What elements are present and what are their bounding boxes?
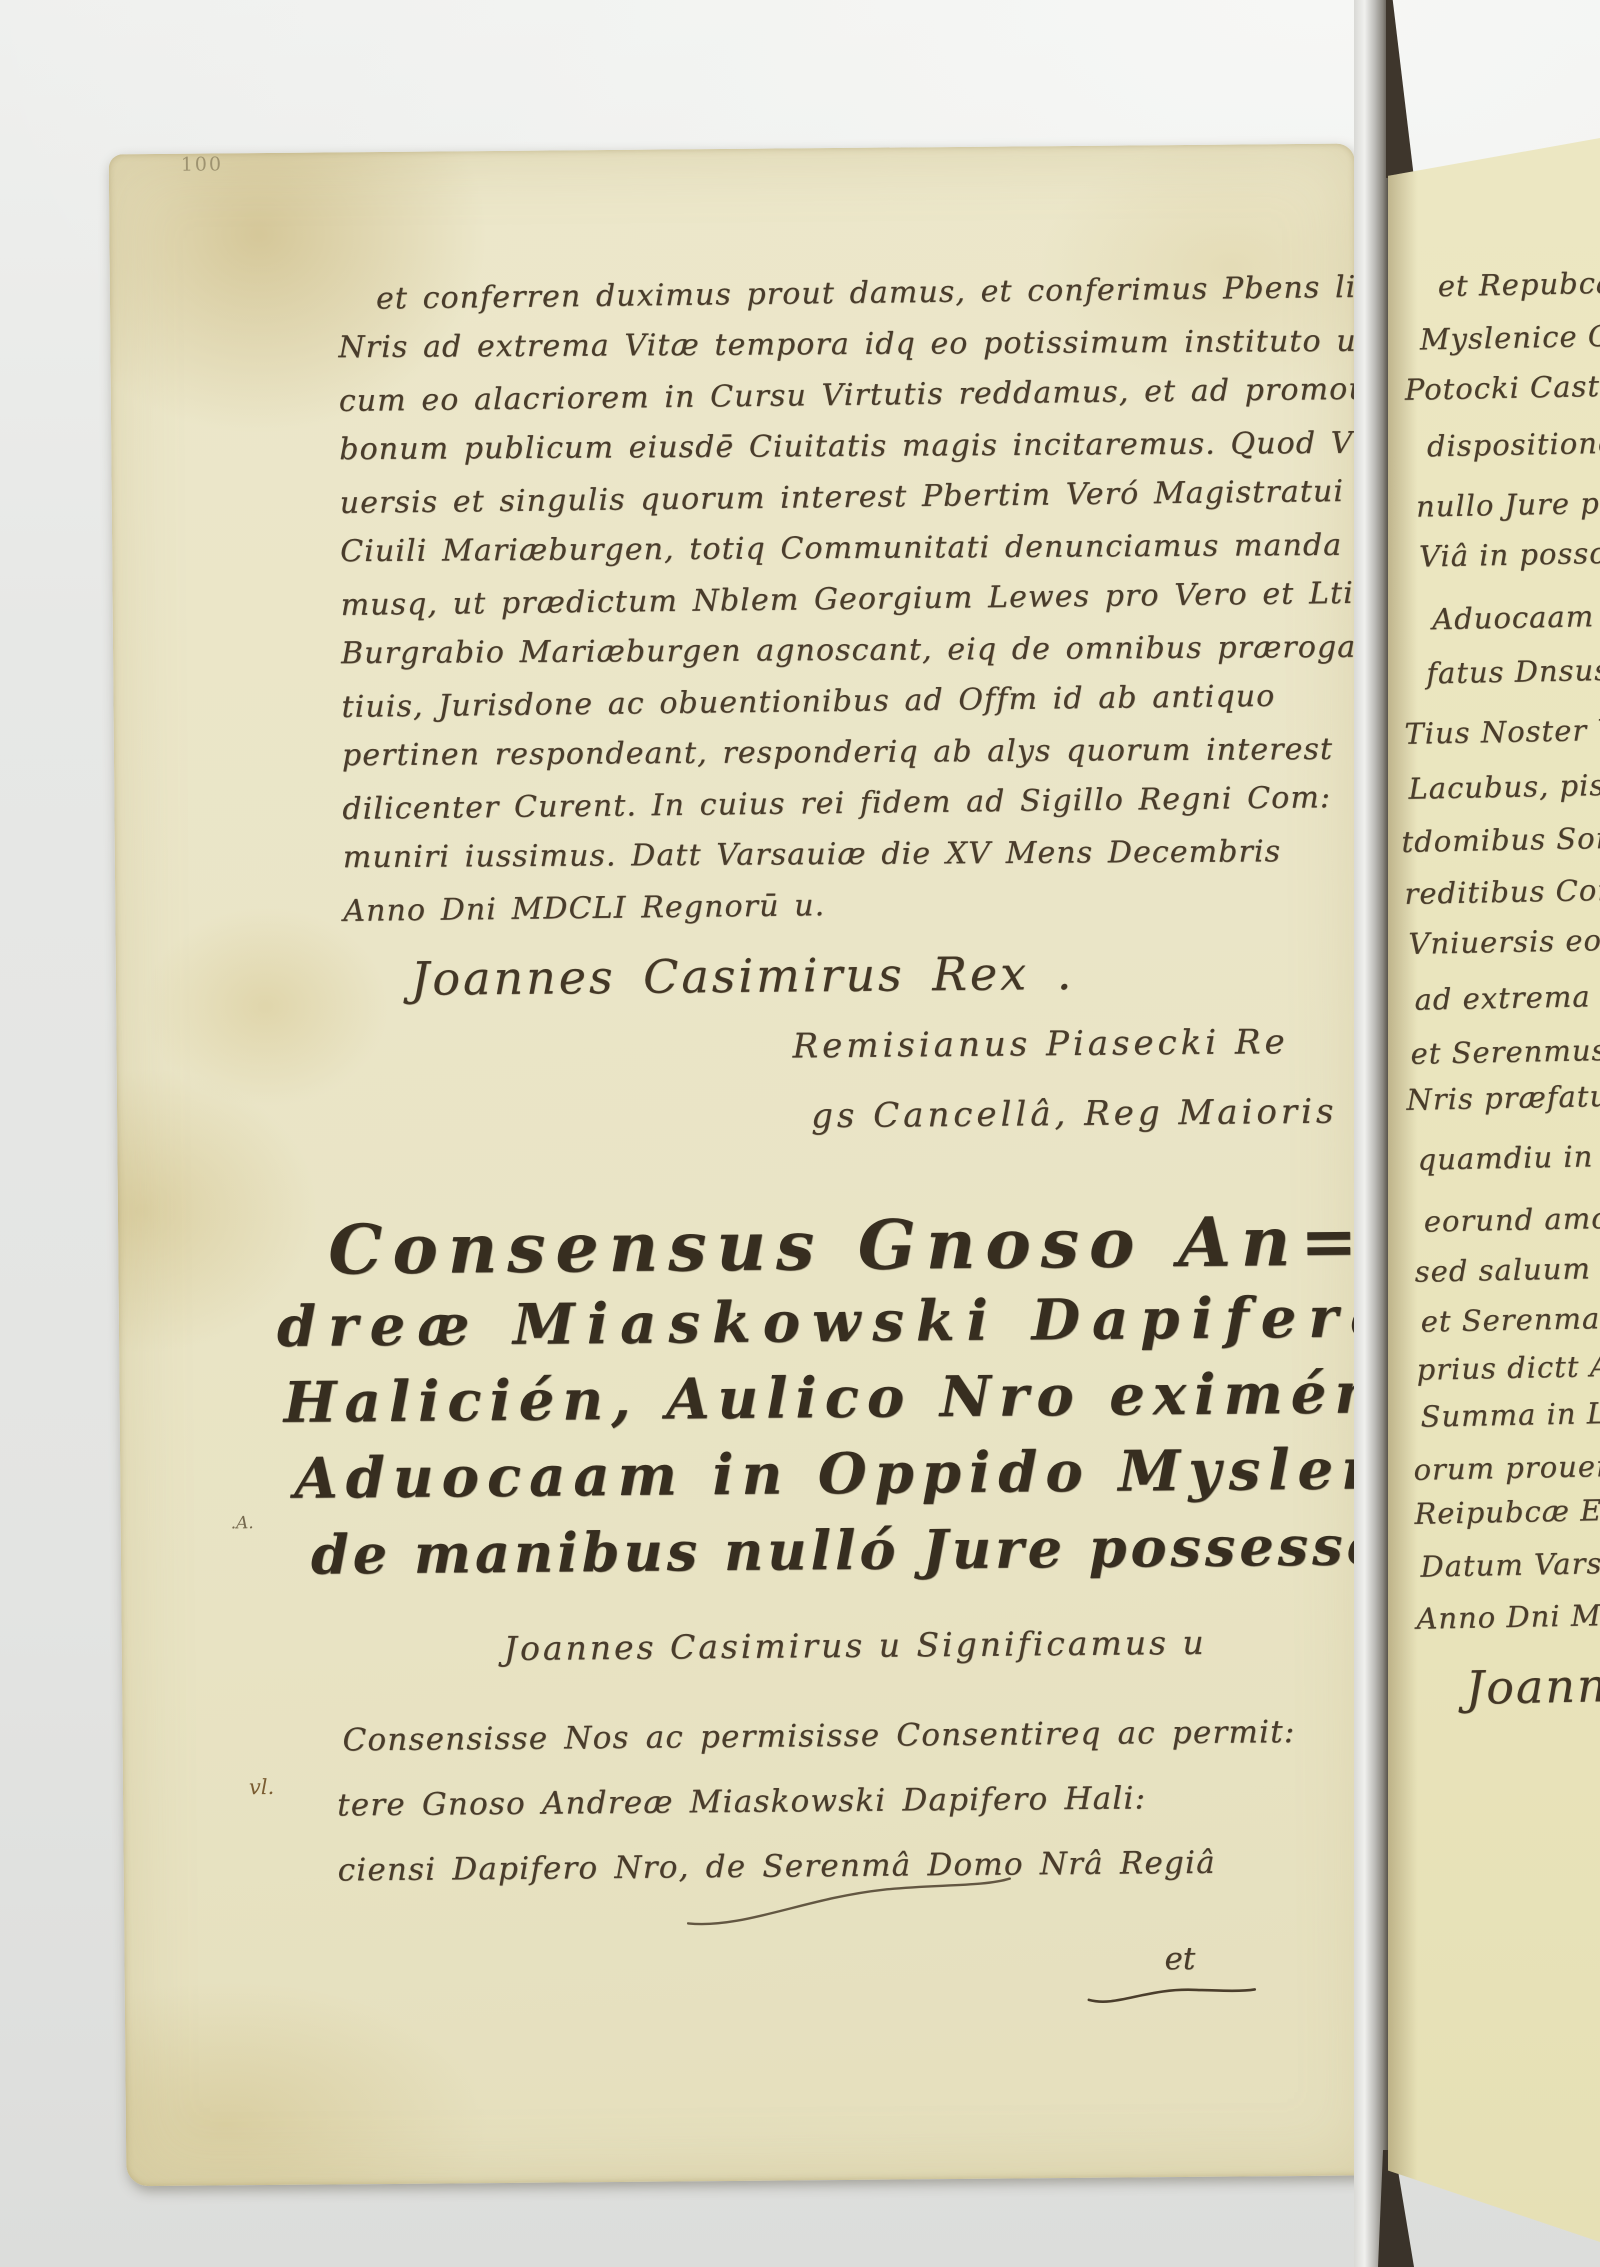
margin-note: .A. — [231, 1513, 254, 1533]
margin-note: vl. — [249, 1775, 274, 1799]
heading-line: Halicién, Aulico Nro eximén — [283, 1354, 1504, 1441]
manuscript-line: Reipubcæ Eccles — [1414, 1492, 1600, 1531]
manuscript-line: tiuis, Jurisdone ac obuentionibus ad Off… — [341, 670, 1327, 733]
manuscript-line: Aduocaam modo p — [1432, 597, 1600, 637]
manuscript-line: musq, ut prædictum Nblem Georgium Lewes … — [340, 568, 1326, 631]
manuscript-line: sed saluum et inte — [1414, 1249, 1600, 1289]
manuscript-line: eorund amoturo — [1423, 1200, 1600, 1239]
right-page: et Repubcâ optime Myslenice Castella Pot… — [1388, 138, 1600, 2242]
manuscript-line: pertinen respondeant, responderiq ab aly… — [342, 724, 1327, 781]
manuscript-line: Tius Noster Vniuen — [1404, 711, 1600, 751]
manuscript-line: et Serenma Succes — [1420, 1299, 1600, 1339]
manuscript-line: nullo Jure pssoru — [1416, 484, 1600, 523]
left-page: 100 et conferren duximus prout damus, et… — [109, 143, 1373, 2186]
manuscript-line: reditibus Commod — [1404, 871, 1600, 911]
manuscript-line: dilicenter Curent. In cuius rei fidem ad… — [342, 772, 1328, 835]
manuscript-line: Ciuili Mariæburgen, totiq Communitati de… — [340, 520, 1325, 577]
manuscript-line: bonum publicum eiusdē Ciuitatis magis in… — [339, 418, 1324, 475]
flourish-underline — [1087, 1980, 1257, 2007]
manuscript-line: orum proueniens — [1413, 1448, 1600, 1487]
manuscript-line: Viâ in possonem Su — [1419, 534, 1600, 574]
manuscript-line: Consensisse Nos ac permisisse Consentire… — [342, 1700, 1295, 1773]
catchword: et — [1164, 1941, 1195, 1977]
manuscript-line: dispositionem — [1427, 425, 1600, 463]
manuscript-line: Nris ad extrema Vitæ tempora idq eo poti… — [338, 316, 1323, 373]
right-page-text: et Repubcâ optime Myslenice Castella Pot… — [1388, 138, 1600, 2246]
manuscript-line: fatus Dnsus And — [1426, 652, 1600, 691]
countersign-line: gs Cancellâ, Reg Maioris — [811, 1092, 1338, 1137]
manuscript-line: Lacubus, piscinis — [1408, 767, 1600, 806]
consent-paragraph: Consensisse Nos ac permisisse Consentire… — [336, 1700, 1297, 1903]
manuscript-line: cum eo alacriorem in Cursu Virtutis redd… — [339, 364, 1325, 427]
manuscript-photo: 100 et conferren duximus prout damus, et… — [0, 0, 1600, 2267]
manuscript-line: et conferren duximus prout damus, et con… — [376, 262, 1324, 324]
royal-signature: Joannes Casimirus Rex . — [411, 946, 1075, 1006]
flourish-swash — [684, 1877, 1014, 1930]
manuscript-line: Burgrabio Mariæburgen agnoscant, eiq de … — [341, 622, 1326, 679]
manuscript-line: Vniuersis eo antiq — [1408, 921, 1600, 960]
manuscript-line: et Repubcâ optime — [1437, 263, 1600, 303]
manuscript-line: Nris præfatum L — [1406, 1078, 1600, 1117]
manuscript-line: ad extrema Vitæ — [1414, 978, 1600, 1017]
heading-line: de manibus nulló Jure possessorū — [311, 1506, 1506, 1592]
manuscript-line: quamdiu in Viuis — [1417, 1138, 1600, 1177]
heading-line: Aduocaam in Oppido Myslenice — [294, 1430, 1505, 1517]
manuscript-line: et Serenmus Suu — [1410, 1032, 1600, 1071]
manuscript-line: Summa in Lris — [1420, 1395, 1600, 1433]
manuscript-line: tere Gnoso Andreæ Miaskowski Dapifero Ha… — [337, 1765, 1296, 1838]
manuscript-line: Potocki Castellani — [1404, 367, 1600, 406]
manuscript-line: uersis et singulis quorum interest Pbert… — [339, 466, 1325, 529]
folio-number: 100 — [181, 153, 223, 175]
body-paragraph: et conferren duximus prout damus, et con… — [338, 264, 1329, 936]
manuscript-line: Anno Dni MD — [1416, 1598, 1600, 1636]
manuscript-line: tdomibus Sortulan — [1401, 819, 1600, 859]
manuscript-line: Myslenice Castella — [1420, 317, 1600, 357]
consensus-heading: Consensus Gnoso An= dreæ Miaskowski Dapi… — [268, 1202, 1506, 1593]
manuscript-line: muniri iussimus. Datt Varsauiæ die XV Me… — [343, 826, 1328, 883]
manuscript-line: Datum Varsa — [1420, 1546, 1600, 1584]
heading-line: dreæ Miaskowski Dapifero — [277, 1278, 1504, 1365]
royal-signature-fragment: Joannes — [1465, 1657, 1600, 1715]
significamus-line: Joannes Casimirus u Significamus u — [504, 1623, 1207, 1668]
manuscript-line: Anno Dni MDCLI Regnorū u. — [343, 874, 1329, 937]
manuscript-line: prius dictt Adu — [1416, 1348, 1600, 1386]
heading-line: Consensus Gnoso An= — [328, 1202, 1503, 1288]
gutter-strip — [1354, 0, 1392, 2267]
countersign-line: Remisianus Piasecki Re — [792, 1022, 1288, 1066]
